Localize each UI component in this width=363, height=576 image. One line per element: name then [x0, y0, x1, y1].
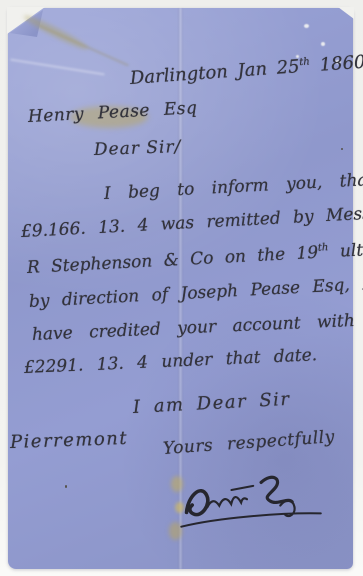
ink-fleck	[65, 485, 67, 488]
closing-line: I am Dear Sir	[132, 389, 291, 418]
body-line: by direction of Joseph Pease Esq, I	[28, 274, 363, 312]
dateline-date: Jan 25	[237, 56, 300, 81]
body-text: £9.166. 13. 4 was remitted by Mess	[20, 204, 363, 242]
dateline-place: Darlington	[129, 61, 228, 89]
dateline: Darlington Jan 25th 1860	[129, 52, 363, 89]
body-line: have credited your account with	[32, 311, 356, 345]
body-superscript: th	[318, 242, 329, 254]
body-line: £9.166. 13. 4 was remitted by Messrs	[20, 203, 363, 242]
body-text: by direction of Joseph Pease Esq, I	[28, 274, 363, 312]
ink-fleck	[341, 148, 343, 150]
dateline-ordinal: th	[299, 56, 310, 68]
body-text: have credited your account with	[32, 311, 356, 345]
body-line: R Stephenson & Co on the 19th ult. +	[26, 239, 363, 278]
body-line: I beg to inform you, that	[103, 170, 363, 204]
paper-speckle	[321, 42, 325, 46]
place-line: Pierremont	[10, 428, 129, 453]
signature-flourish	[174, 464, 327, 536]
body-text: ult. +	[328, 239, 363, 262]
letter-photograph: Darlington Jan 25th 1860 Henry Pease Esq…	[0, 0, 363, 576]
body-text: £2291. 13. 4 under that date.	[24, 345, 318, 378]
signature	[174, 464, 327, 536]
paper-speckle	[304, 24, 309, 28]
salutation-line: Dear Sir/	[94, 137, 182, 160]
body-line: £2291. 13. 4 under that date.	[24, 345, 318, 378]
top-right-nick	[338, 7, 354, 19]
body-text: R Stephenson & Co on the 19	[26, 243, 318, 278]
dateline-year: 1860	[319, 52, 363, 76]
valediction-line: Yours respectfully	[162, 427, 335, 459]
corner-crease-highlight	[10, 59, 104, 76]
letter-paper: Darlington Jan 25th 1860 Henry Pease Esq…	[8, 8, 353, 569]
body-text: I beg to inform you, that	[103, 170, 363, 204]
